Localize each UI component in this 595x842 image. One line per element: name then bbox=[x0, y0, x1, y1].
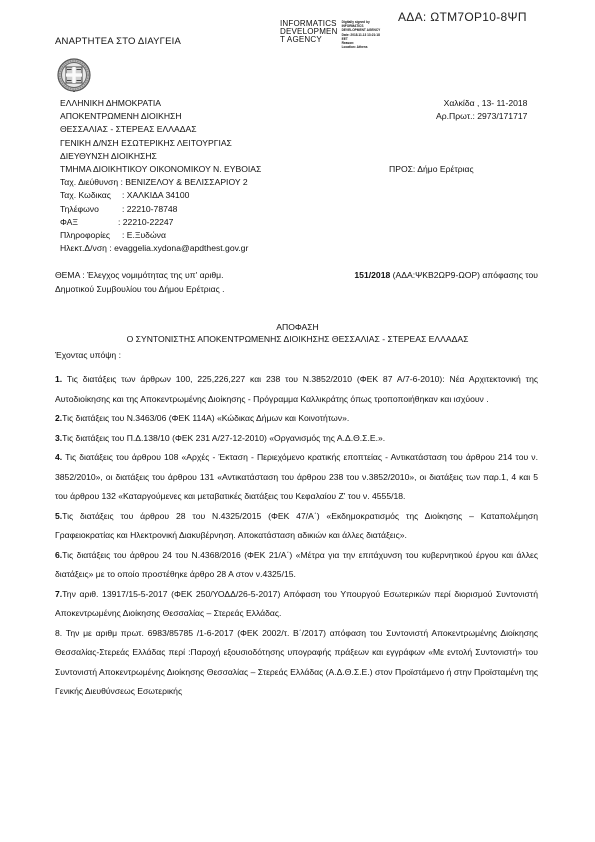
consideration-item: 1. Τις διατάξεις των άρθρων 100, 225,226… bbox=[55, 370, 538, 409]
subject-line-2: Δημοτικού Συμβουλίου του Δήμου Ερέτριας … bbox=[55, 282, 538, 296]
item-text: Την αριθ. 13917/15-5-2017 (ΦΕΚ 250/ΥΟΔΔ/… bbox=[55, 589, 538, 619]
contact-value: : Ε.Ξυδώνα bbox=[122, 229, 166, 242]
item-text: Τις διατάξεις του άρθρου 24 του Ν.4368/2… bbox=[55, 550, 538, 580]
item-text: Την με αριθμ πρωτ. 6983/85785 /1-6-2017 … bbox=[55, 628, 538, 697]
decision-subtitle: Ο ΣΥΝΤΟΝΙΣΤΗΣ ΑΠΟΚΕΝΤΡΩΜΕΝΗΣ ΔΙΟΙΚΗΣΗΣ Θ… bbox=[0, 333, 595, 345]
document-meta: Χαλκίδα , 13- 11-2018 Αρ.Πρωτ.: 2973/171… bbox=[436, 97, 527, 123]
contact-details: Ταχ. Διεύθυνση : ΒΕΝΙΖΕΛΟΥ & ΒΕΛΙΣΣΑΡΙΟΥ… bbox=[60, 176, 261, 255]
place-date: Χαλκίδα , 13- 11-2018 bbox=[436, 97, 527, 110]
sig-line: DEVELOPMENT AGENCY bbox=[342, 28, 381, 32]
consideration-item: 5.Τις διατάξεις του άρθρου 28 του Ν.4325… bbox=[55, 507, 538, 546]
decision-heading: ΑΠΟΦΑΣΗ Ο ΣΥΝΤΟΝΙΣΤΗΣ ΑΠΟΚΕΝΤΡΩΜΕΝΗΣ ΔΙΟ… bbox=[0, 321, 595, 346]
contact-label: Ηλεκτ.Δ/νση bbox=[60, 242, 107, 255]
ada-number: ΑΔΑ: ΩΤΜ7ΟΡ10-8ΨΠ bbox=[398, 10, 527, 24]
subject-text: (ΑΔΑ:ΨΚΒ2ΩΡ9-ΩΟΡ) απόφασης του bbox=[393, 270, 538, 280]
subject-label-text: ΘΕΜΑ : Έλεγχος νομιμότητας της υπ' αριθμ… bbox=[55, 268, 224, 282]
protocol-number: Αρ.Πρωτ.: 2973/171717 bbox=[436, 110, 527, 123]
sender-line: ΘΕΣΣΑΛΙΑΣ - ΣΤΕΡΕΑΣ ΕΛΛΑΔΑΣ bbox=[60, 123, 261, 136]
item-text: Τις διατάξεις του άρθρου 108 «Αρχές - Έκ… bbox=[55, 452, 538, 501]
greek-emblem-icon bbox=[57, 58, 91, 92]
considerations-list: 1. Τις διατάξεις των άρθρων 100, 225,226… bbox=[55, 370, 538, 702]
contact-value: : 22210-22247 bbox=[118, 216, 173, 229]
consideration-item: 7.Την αριθ. 13917/15-5-2017 (ΦΕΚ 250/ΥΟΔ… bbox=[55, 585, 538, 624]
contact-phone: Τηλέφωνο: 22210-78748 bbox=[60, 203, 261, 216]
having-regard: Έχοντας υπόψη : bbox=[55, 350, 121, 360]
consideration-item: 6.Τις διατάξεις του άρθρου 24 του Ν.4368… bbox=[55, 546, 538, 585]
contact-address: Ταχ. Διεύθυνση : ΒΕΝΙΖΕΛΟΥ & ΒΕΛΙΣΣΑΡΙΟΥ… bbox=[60, 176, 261, 189]
contact-value: : 22210-78748 bbox=[122, 203, 177, 216]
decision-number: 151/2018 bbox=[354, 270, 390, 280]
contact-label: Τηλέφωνο bbox=[60, 203, 122, 216]
sender-line: ΕΛΛΗΝΙΚΗ ΔΗΜΟΚΡΑΤΙΑ bbox=[60, 97, 261, 110]
consideration-item: 4. Τις διατάξεις του άρθρου 108 «Αρχές -… bbox=[55, 448, 538, 507]
item-text: Τις διατάξεις των άρθρων 100, 225,226,22… bbox=[55, 374, 538, 404]
contact-label: Πληροφορίες bbox=[60, 229, 122, 242]
sender-line: ΑΠΟΚΕΝΤΡΩΜΕΝΗ ΔΙΟΙΚΗΣΗ bbox=[60, 110, 261, 123]
contact-fax: ΦΑΞ: 22210-22247 bbox=[60, 216, 261, 229]
ida-line: T AGENCY bbox=[280, 36, 338, 44]
contact-postcode: Ταχ. Κωδικας: ΧΑΛΚΙΔΑ 34100 bbox=[60, 189, 261, 202]
subject-label: ΘΕΜΑ : bbox=[55, 270, 85, 280]
subject-decision-ref: 151/2018 (ΑΔΑ:ΨΚΒ2ΩΡ9-ΩΟΡ) απόφασης του bbox=[354, 268, 538, 282]
subject-block: ΘΕΜΑ : Έλεγχος νομιμότητας της υπ' αριθμ… bbox=[55, 268, 538, 297]
item-text: Τις διατάξεις του άρθρου 28 του Ν.4325/2… bbox=[55, 511, 538, 541]
sender-line: ΤΜΗΜΑ ΔΙΟΙΚΗΤΙΚΟΥ ΟΙΚΟΝΟΜΙΚΟΥ Ν. ΕΥΒΟΙΑΣ bbox=[60, 163, 261, 176]
sender-block: ΕΛΛΗΝΙΚΗ ΔΗΜΟΚΡΑΤΙΑ ΑΠΟΚΕΝΤΡΩΜΕΝΗ ΔΙΟΙΚΗ… bbox=[60, 97, 261, 255]
consideration-item: 2.Τις διατάξεις του Ν.3463/06 (ΦΕΚ 114Α)… bbox=[55, 409, 538, 429]
subject-text: Έλεγχος νομιμότητας της υπ' αριθμ. bbox=[87, 270, 224, 280]
email-link[interactable]: : evaggelia.xydona@apdthest.gov.gr bbox=[109, 242, 248, 255]
decision-title: ΑΠΟΦΑΣΗ bbox=[0, 321, 595, 333]
contact-label: Ταχ. Κωδικας bbox=[60, 189, 122, 202]
subject-line-1: ΘΕΜΑ : Έλεγχος νομιμότητας της υπ' αριθμ… bbox=[55, 268, 538, 282]
publish-note: ΑΝΑΡΤΗΤΕΑ ΣΤΟ ΔΙΑΥΓΕΙΑ bbox=[55, 36, 181, 47]
consideration-item: 3.Τις διατάξεις του Π.Δ.138/10 (ΦΕΚ 231 … bbox=[55, 429, 538, 449]
ida-logo-text: INFORMATICS DEVELOPMEN T AGENCY bbox=[280, 20, 338, 49]
contact-info: Πληροφορίες: Ε.Ξυδώνα bbox=[60, 229, 261, 242]
contact-value: : ΒΕΝΙΖΕΛΟΥ & ΒΕΛΙΣΣΑΡΙΟΥ 2 bbox=[121, 176, 248, 189]
recipient: ΠΡΟΣ: Δήμο Ερέτριας bbox=[389, 164, 474, 174]
sig-line: Location: Athens bbox=[342, 45, 381, 49]
sender-line: ΔΙΕΥΘΥΝΣΗ ΔΙΟΙΚΗΣΗΣ bbox=[60, 150, 261, 163]
digital-signature-stamp: INFORMATICS DEVELOPMEN T AGENCY Digitall… bbox=[280, 20, 380, 49]
consideration-item: 8. Την με αριθμ πρωτ. 6983/85785 /1-6-20… bbox=[55, 624, 538, 702]
sender-line: ΓΕΝΙΚΗ Δ/ΝΣΗ ΕΣΩΤΕΡΙΚΗΣ ΛΕΙΤΟΥΡΓΙΑΣ bbox=[60, 137, 261, 150]
contact-email: Ηλεκτ.Δ/νση : evaggelia.xydona@apdthest.… bbox=[60, 242, 261, 255]
contact-label: ΦΑΞ bbox=[60, 216, 118, 229]
contact-label: Ταχ. Διεύθυνση bbox=[60, 176, 118, 189]
contact-value: : ΧΑΛΚΙΔΑ 34100 bbox=[122, 189, 189, 202]
item-text: Τις διατάξεις του Ν.3463/06 (ΦΕΚ 114Α) «… bbox=[62, 413, 349, 423]
item-text: Τις διατάξεις του Π.Δ.138/10 (ΦΕΚ 231 Α/… bbox=[62, 433, 385, 443]
signature-details: Digitally signed by INFORMATICS DEVELOPM… bbox=[342, 20, 381, 49]
